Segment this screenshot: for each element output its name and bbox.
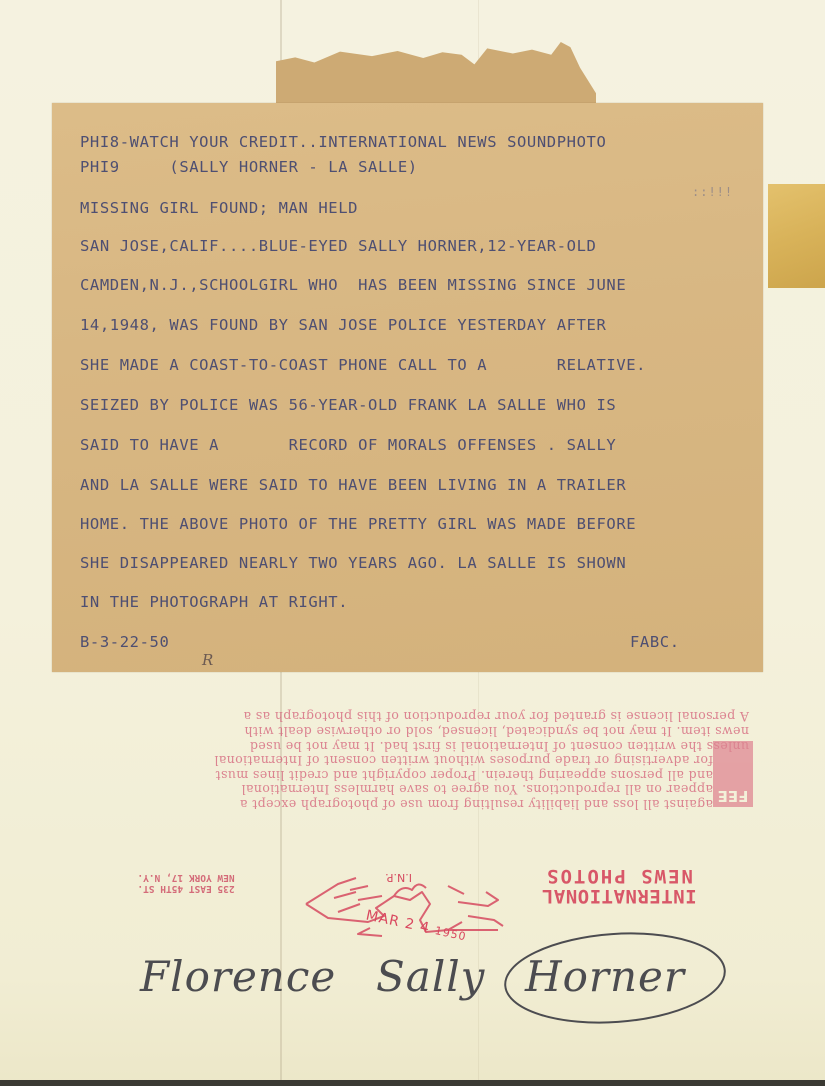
caption-body-line: HOME. THE ABOVE PHOTO OF THE PRETTY GIRL… [80,515,636,533]
caption-slip: PHI8-WATCH YOUR CREDIT..INTERNATIONAL NE… [52,103,763,672]
caption-body-line: CAMDEN,N.J.,SCHOOLGIRL WHO HAS BEEN MISS… [80,276,626,294]
logo-label: I.N.P. [385,871,412,884]
caption-body-line: SHE DISAPPEARED NEARLY TWO YEARS AGO. LA… [80,554,626,572]
caption-line-slug: PHI8-WATCH YOUR CREDIT..INTERNATIONAL NE… [80,133,606,151]
license-line: unless the written consent of Internatio… [214,738,749,753]
handwritten-r-mark: R [202,651,213,669]
address-line: 235 EAST 45TH ST. [116,883,256,894]
caption-body-line: 14,1948, WAS FOUND BY SAN JOSE POLICE YE… [80,316,606,334]
caption-body-line: AND LA SALLE WERE SAID TO HAVE BEEN LIVI… [80,476,626,494]
license-line: A personal license is granted for your r… [214,709,749,724]
license-line: and all persons appearing therein. Prope… [214,767,749,782]
address-line: NEW YORK 17, N.Y. [116,872,256,883]
handwritten-middle-name: Sally [376,952,485,1001]
handwritten-name: Florence Sally Horner [140,930,740,1030]
agency-stamp: INTERNATIONAL NEWS PHOTOS [528,866,710,906]
caption-code: B-3-22-50 [80,633,169,651]
caption-body-line: SAID TO HAVE A RECORD OF MORALS OFFENSES… [80,436,616,454]
caption-body-line: SHE MADE A COAST-TO-COAST PHONE CALL TO … [80,356,646,374]
caption-headline: MISSING GIRL FOUND; MAN HELD [80,199,358,217]
address-stamp: 235 EAST 45TH ST. NEW YORK 17, N.Y. [116,872,256,894]
caption-body-line: SEIZED BY POLICE WAS 56-YEAR-OLD FRANK L… [80,396,616,414]
license-line: appear on all reproductions. You agree t… [214,782,749,797]
smudged-typing-mark: ::!!! [692,185,762,199]
caption-initials: FABC. [630,633,680,651]
torn-paper-scrap [276,42,596,106]
caption-body-line: SAN JOSE,CALIF....BLUE-EYED SALLY HORNER… [80,237,596,255]
license-terms-stamp: FEE against all loss and liability resul… [108,703,753,813]
license-line: against all loss and liability resulting… [214,796,749,811]
license-line: for advertising or trade purposes withou… [214,753,749,768]
caption-line-slug2: PHI9 (SALLY HORNER - LA SALLE) [80,158,418,176]
agency-line: INTERNATIONAL [528,886,710,906]
agency-line: NEWS PHOTOS [528,866,710,886]
license-text: against all loss and liability resulting… [214,709,749,811]
license-line: news item. It may not be syndicated, lic… [214,723,749,738]
scan-edge [0,1080,825,1086]
caption-body-line: IN THE PHOTOGRAPH AT RIGHT. [80,593,348,611]
handwritten-first-name: Florence [140,952,336,1001]
handwritten-last-name: Horner [525,952,685,1001]
adhesive-tape [768,184,825,288]
